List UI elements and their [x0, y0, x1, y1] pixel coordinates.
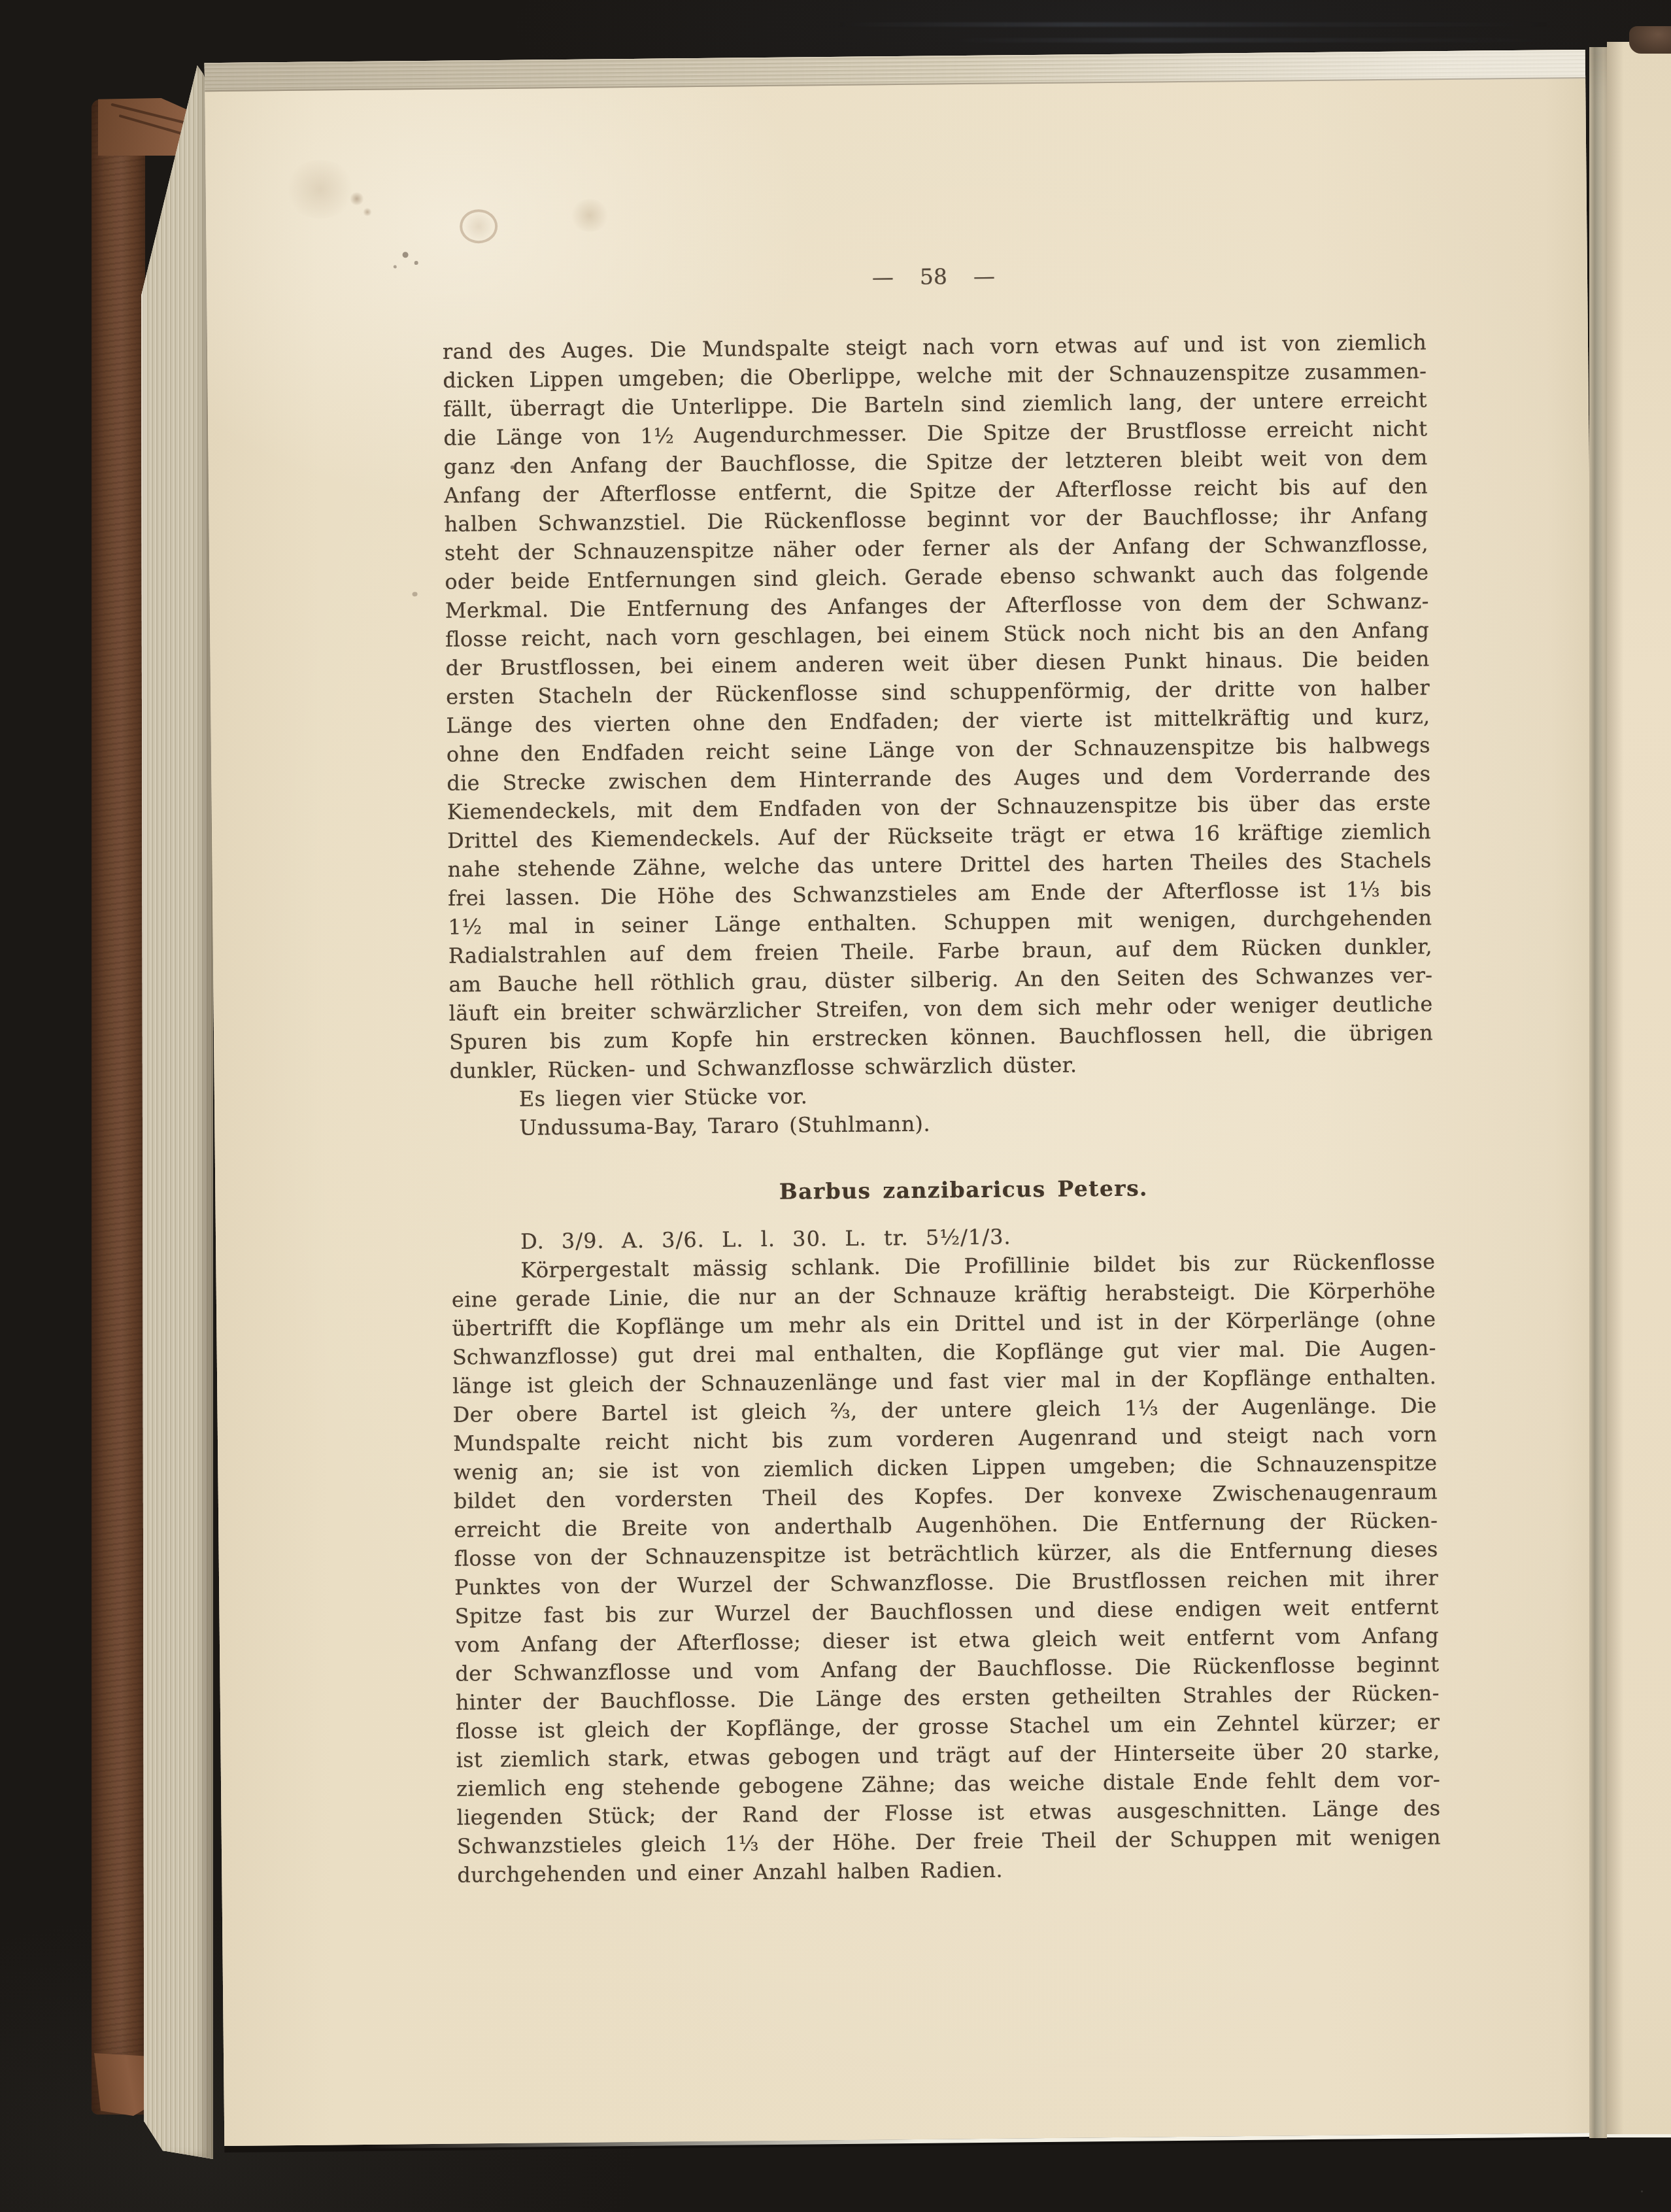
- stain-spot: [394, 265, 397, 268]
- paragraph-1: rand des Auges. Die Mundspalte steigt na…: [443, 328, 1434, 1085]
- binding-corner: [1629, 26, 1671, 54]
- book-page: — 58 — rand des Auges. Die Mundspalte st…: [205, 50, 1605, 2146]
- gloss-streak: [837, 22, 1556, 27]
- spine-crease: [110, 103, 187, 125]
- scanned-book-photo: { "page": { "number": "58", "number_left…: [0, 0, 1671, 2212]
- page-number-value: 58: [920, 264, 947, 289]
- stain-spot: [363, 208, 372, 216]
- page-top-edge: [205, 50, 1585, 92]
- page-number-dash-left: —: [872, 264, 894, 290]
- page-number: — 58 —: [829, 263, 1038, 290]
- stain-spot: [460, 209, 498, 244]
- spine-crease: [119, 114, 189, 137]
- section-heading: Barbus zanzibaricus Peters.: [450, 1171, 1434, 1210]
- gloss-streak: [948, 38, 1569, 43]
- stain-spot: [569, 199, 610, 232]
- stain-spot: [414, 261, 418, 265]
- closing-lines: Es liegen vier Stücke vor.Undussuma-Bay,…: [450, 1076, 1434, 1142]
- page-gutter: [1589, 47, 1607, 2138]
- paragraph-2: Körpergestalt mässig schlank. Die Profil…: [451, 1247, 1441, 1889]
- book-spine: [92, 99, 145, 2115]
- page-number-dash-right: —: [973, 264, 995, 289]
- text-column: rand des Auges. Die Mundspalte steigt na…: [443, 328, 1442, 1889]
- page-fore-edge: [141, 65, 213, 2159]
- stain-spot: [403, 252, 409, 258]
- stain-spot: [350, 192, 364, 205]
- stain-spot: [284, 160, 356, 219]
- stain-spot: [413, 592, 418, 596]
- facing-page-edge: [1607, 42, 1671, 2134]
